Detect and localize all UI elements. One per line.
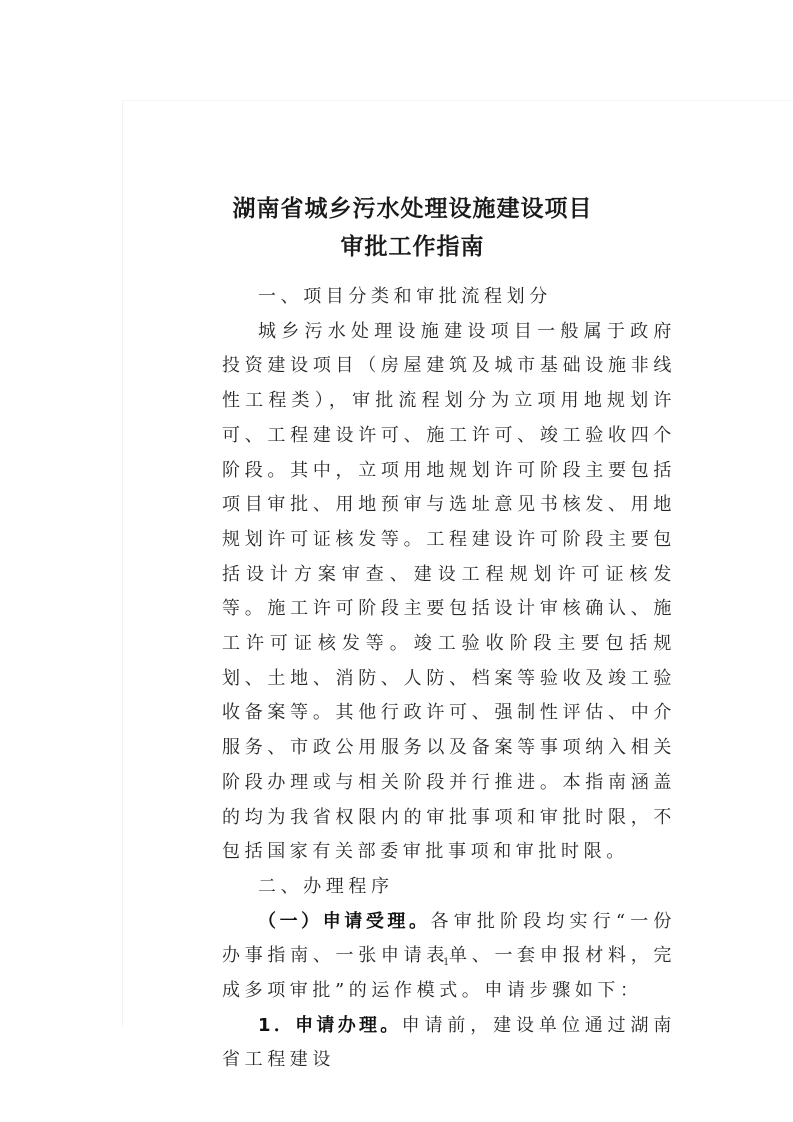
document-title-line1: 湖南省城乡污水处理设施建设项目 (16, 190, 793, 223)
document-title-line2: 审批工作指南 (16, 228, 793, 261)
section1-heading: 一、项目分类和审批流程划分 (222, 280, 676, 315)
step1-heading: 1．申请办理。 (258, 1015, 402, 1036)
page-number: 1 (443, 957, 449, 968)
section1-paragraph: 城乡污水处理设施建设项目一般属于政府投资建设项目（房屋建筑及城市基础设施非线性工… (222, 315, 676, 870)
step1-paragraph: 1．申请办理。申请前，建设单位通过湖南省工程建设 (222, 1009, 676, 1078)
subsection1-heading: （一）申请受理。 (258, 911, 431, 932)
section2-heading: 二、办理程序 (222, 870, 676, 905)
